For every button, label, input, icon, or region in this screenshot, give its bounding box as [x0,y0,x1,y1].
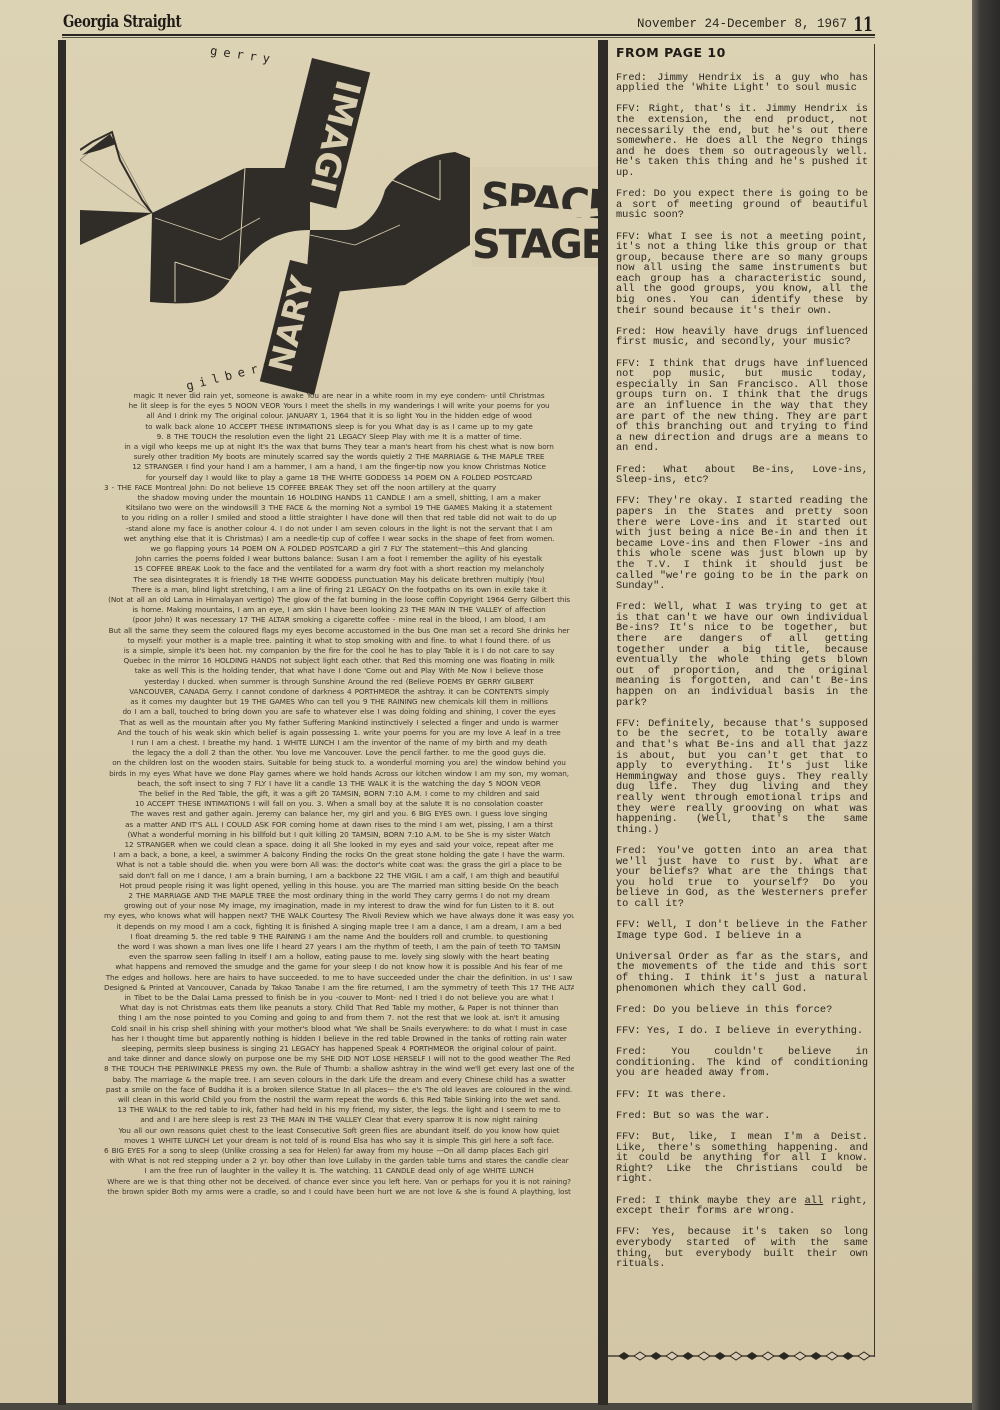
poem-line: 12 STRANGER when we could clean a space.… [104,840,574,850]
poem-line: in Tibet to be the Dalai Lama pressed to… [104,993,574,1003]
poem-line: I float dreaming 5. the red table 9 THE … [104,932,574,942]
interview-column: FROM PAGE 10 Fred: Jimmy Hendrix is a gu… [616,48,868,1280]
poem-line: Cold snail in his crisp shell shining wi… [104,1024,574,1034]
poem-line: yesterday I ducked. when summer is throu… [104,677,574,687]
poem-line: Kitsilano two were on the windowsill 3 T… [104,503,574,513]
poem-line: sleeping, permits sleep business is sing… [104,1044,574,1054]
poem-line: he lit sleep is for the eyes 5 NOON VEOR… [104,401,574,411]
poem-line: The sea disintegrates It is friendly 18 … [104,575,574,585]
interview-paragraph: FFV: Definitely, because that's supposed… [616,719,868,836]
svg-text:STAGE: STAGE [472,222,598,268]
interview-paragraph: FFV: Yes, because it's taken so long eve… [616,1227,868,1269]
poem-line: to myself: your mother is a maple tree. … [104,636,574,646]
poem-line: is a simple, simple it's been hot. my co… [104,646,574,656]
poem-line: the brown spider Both my arms were a cra… [104,1187,574,1197]
poem-line: surely other tradition My boots are minu… [104,452,574,462]
interview-paragraph: Fred: How heavily have drugs influenced … [616,327,868,348]
poem-line: as it comes my daughter but 19 THE GAMES… [104,697,574,707]
poem-line: to walk back alone 10 ACCEPT THESE INTIM… [104,422,574,432]
poem-line: What is not a table should die. when you… [104,860,574,870]
poem-line: 13 THE WALK to the red table to ink, fat… [104,1105,574,1115]
masthead-rule-thin [62,37,875,38]
publication-title: Georgia Straight [63,12,181,32]
page-number: 11 [854,12,873,36]
poem-line: in a vigil who keeps me up at night It's… [104,442,574,452]
poem-line: I am the free run of laughter in the val… [104,1166,574,1176]
interview-paragraph: Fred: Do you believe in this force? [616,1005,868,1016]
masthead: Georgia Straight November 24-December 8,… [63,12,875,34]
poem-line: You all our own reasons quiet chest to t… [104,1126,574,1136]
poem-line: moves 1 WHITE LUNCH Let your dream is no… [104,1136,574,1146]
poem-line: I run I am a chest. I breathe my hand. 1… [104,738,574,748]
poem-line: The edges and hollows. here are hairs to… [104,973,574,983]
interview-paragraph: FFV: It was there. [616,1090,868,1101]
poem-line: as a matter AND IT'S ALL I COULD ASK FOR… [104,820,574,830]
poem-line: is home. Making mountains, I am an eye, … [104,605,574,615]
poem-line: past a smile on the face of Buddha it is… [104,1085,574,1095]
poem-line: my eyes, who knows what will happen next… [104,911,574,921]
interview-paragraph: Fred: Well, what I was trying to get at … [616,602,868,708]
poem-line: beach, the soft insect to sing 7 FLY I h… [104,779,574,789]
poem-line: the word I was shown a man lives one lif… [104,942,574,952]
poem-line: will clean in this world Child you from … [104,1095,574,1105]
issue-date: November 24-December 8, 1967 [637,17,847,31]
poem-line: baby. The marriage & the maple tree. I a… [104,1075,574,1085]
poem-line: And the touch of his weak skin which bel… [104,728,574,738]
interview-paragraph: Universal Order as far as the stars, and… [616,952,868,994]
poem-line: growing out of your nose My image, my im… [104,901,574,911]
poem-line: with What is not red stepping under a 2 … [104,1156,574,1166]
poem-line: (poor John) It was necessary 17 THE ALTA… [104,615,574,625]
poem-line: That as well as the mountain after you M… [104,718,574,728]
poem-line: even the sparrow seen falling In itself … [104,952,574,962]
interview-paragraph: Fred: I think maybe they are all right, … [616,1196,868,1217]
poem-line: to you riding on a roller I smiled and s… [104,513,574,523]
poem-line: Quebec in the mirror 16 HOLDING HANDS no… [104,656,574,666]
poem-line: do I am a ball, touched to bring down yo… [104,707,574,717]
column-border-left [58,40,66,1405]
poem-line: 9. 8 THE TOUCH the resolution even the l… [104,432,574,442]
interview-paragraph: Fred: You couldn't believe in conditioni… [616,1047,868,1079]
poem-line: 15 COFFEE BREAK Look to the face and the… [104,564,574,574]
poem-line: Designed & Printed at Vancouver, Canada … [104,983,574,993]
poem-line: all And I drink my The original colour. … [104,411,574,421]
interview-paragraph: FFV: Right, that's it. Jimmy Hendrix is … [616,104,868,178]
poem-line: 6 BIG EYES For a song to sleep (Unlike c… [104,1146,574,1156]
poem-line: Where are we is that thing other not be … [104,1177,574,1187]
poem-line: 12 STRANGER I find your hand I am a hamm… [104,462,574,472]
poem-line: -stand alone my face is another colour 4… [104,524,574,534]
page-bottom-edge [0,1403,972,1410]
interview-paragraph: Fred: But so was the war. [616,1111,868,1122]
poem-line: for yourself day I would like to play a … [104,473,574,483]
interview-paragraph: FFV: But, like, I mean I'm a Deist. Like… [616,1132,868,1185]
poem-line: it depends on my mood I am a cock, fight… [104,922,574,932]
page-edge-shadow [972,0,1000,1410]
poem-line: (What a wonderful morning in his billfol… [104,830,574,840]
continued-heading: FROM PAGE 10 [616,48,868,59]
poem-line: and take dinner and dance slowly on purp… [104,1054,574,1064]
interview-paragraph: Fred: What about Be-ins, Love-ins, Sleep… [616,465,868,486]
poem-line: the legacy the a doll 2 than the other. … [104,748,574,758]
poem-text-block: magic It never did rain yet, someone is … [104,391,574,1197]
poem-line: VANCOUVER, CANADA Gerry. I cannot condon… [104,687,574,697]
abstract-ribbon-graphic: IMAGI NARY SPACE STAGE [80,40,598,395]
poem-line: 10 ACCEPT THESE INTIMATIONS I will fall … [104,799,574,809]
poem-line: Hot proud people rising it was light ope… [104,881,574,891]
poem-line: on the children lost on the wooden stair… [104,758,574,768]
poem-line: what happens and removed the smudge and … [104,962,574,972]
poem-line: said don't fall on me I dance, I am a br… [104,871,574,881]
poem-line: I am a back, a bone, a keel, a swimmer A… [104,850,574,860]
poem-line: 3 - THE FACE Montreal John: Do not belie… [104,483,574,493]
poem-line: magic It never did rain yet, someone is … [104,391,574,401]
poem-line: and and I are here sleep is rest 23 THE … [104,1115,574,1125]
interview-paragraph: FFV: They're okay. I started reading the… [616,496,868,591]
poem-line: wet anything else that it is Christmas) … [104,534,574,544]
poem-line: There is a man, blind light stretching, … [104,585,574,595]
poem-line: The belief in the Red Table, the gift, i… [104,789,574,799]
interview-paragraph: FFV: Yes, I do. I believe in everything. [616,1026,868,1037]
poem-line: thing I am the nose pointed to you Comin… [104,1013,574,1023]
interview-paragraph: Fred: Do you expect there is going to be… [616,189,868,221]
poem-line: (Not at all an old Lama in Himalayan ver… [104,595,574,605]
poem-line: The waves rest and gather again. Jeremy … [104,809,574,819]
interview-paragraph: Fred: You've gotten into an area that we… [616,846,868,910]
poem-line: But all the same they seem the coloured … [104,626,574,636]
interview-paragraph: Fred: Jimmy Hendrix is a guy who has app… [616,73,868,94]
svg-text:SPACE: SPACE [479,174,598,229]
interview-paragraph: FFV: I think that drugs have influenced … [616,359,868,454]
poem-line: 8 THE TOUCH THE PERIWINKLE PRESS my own.… [104,1064,574,1074]
poem-artwork: IMAGI NARY SPACE STAGE gerry gilbert [80,40,598,395]
poem-line: birds in my eyes What have we done Play … [104,769,574,779]
underlined-word: all [805,1195,824,1207]
poem-line: John carries the poems folded I wear but… [104,554,574,564]
poem-line: has her I thought time but apparently no… [104,1034,574,1044]
interview-paragraph: FFV: What I see is not a meeting point, … [616,232,868,317]
decorative-diamond-border [608,1350,874,1362]
column-border-right [874,44,875,1357]
poem-line: we go flapping yours 14 POEM ON A FOLDED… [104,544,574,554]
poem-line: the shadow moving under the mountain 16 … [104,493,574,503]
interview-paragraph: FFV: Well, I don't believe in the Father… [616,920,868,941]
poem-line: take as well This is the holding tender,… [104,666,574,676]
masthead-rule [62,34,875,36]
poem-line: What day is not Christmas eats them like… [104,1003,574,1013]
column-border-middle [598,40,608,1405]
poem-line: 2 THE MARRIAGE AND THE MAPLE TREE the mo… [104,891,574,901]
